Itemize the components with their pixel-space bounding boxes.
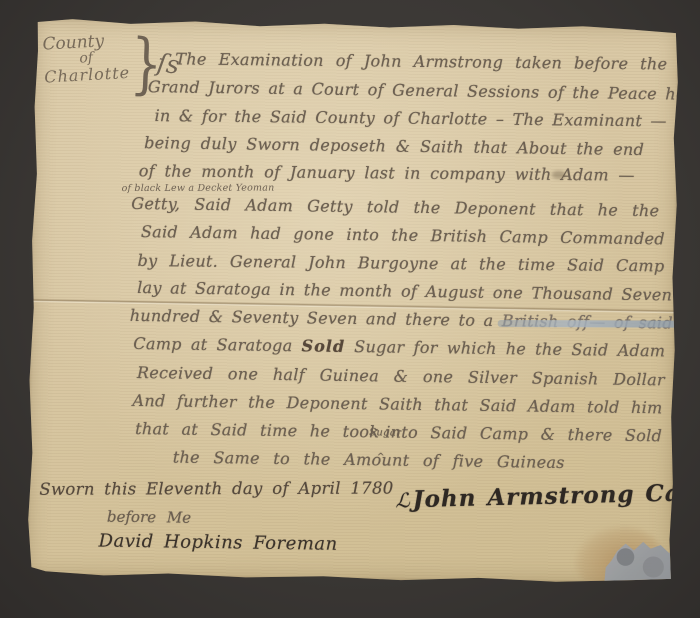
signature-name: John Armstrong Cap — [412, 479, 698, 513]
line-12-text-end: Sugar for which he the Said Adam — [354, 337, 665, 360]
body-line-13: Received one half Guinea & one Silver Sp… — [137, 363, 665, 390]
body-line-7: Getty, Said Adam Getty told the Deponent… — [131, 194, 659, 221]
line-15-text: that at Said time he took — [135, 419, 379, 441]
body-line-3: in & for the Said County of Charlotte – … — [154, 106, 624, 131]
signature-flourish: ℒ — [395, 488, 411, 512]
body-line-4: being duly Sworn deposeth & Saith that A… — [144, 133, 644, 160]
body-line-1: The Examination of John Armstrong taken … — [175, 49, 667, 74]
photograph-background: County of Charlotte } ſs The Examination… — [0, 0, 700, 618]
body-line-8: Said Adam had gone into the British Camp… — [141, 222, 665, 249]
ink-smudge — [552, 171, 566, 179]
interlined-sugar-word: Sugar — [369, 423, 401, 443]
body-line-12: Camp at Saratoga Sold Sugar for which he… — [133, 334, 665, 361]
line-12-text: Camp at Saratoga — [133, 334, 292, 355]
body-line-16: the Same to the Amount of five Guineas — [173, 448, 565, 473]
bold-sold-word: Sold — [302, 336, 346, 356]
john-armstrong-signature: ℒJohn Armstrong Capt — [395, 479, 700, 514]
body-line-9: by Lieut. General John Burgoyne at the t… — [137, 251, 664, 277]
foreman-signature: David Hopkins Foreman — [98, 530, 337, 554]
body-line-15: that at Said time he tookSugar^into Said… — [135, 419, 662, 446]
line-15-text-end: into Said Camp & there Sold — [385, 422, 662, 445]
body-line-2: Grand Jurors at a Court of General Sessi… — [148, 77, 667, 104]
interlined-insertion: of black Lew a Decket Yeoman — [122, 183, 275, 195]
county-of-charlotte-block: County of Charlotte — [42, 30, 131, 87]
body-line-14: And further the Deponent Saith that Said… — [132, 391, 662, 418]
manuscript-paper: County of Charlotte } ſs The Examination… — [26, 18, 680, 585]
sworn-date-line: Sworn this Eleventh day of April 1780 — [39, 478, 393, 498]
before-me-line: before Me — [107, 508, 191, 527]
struck-out-text: British off— of said — [502, 311, 673, 332]
charlotte-word: Charlotte — [44, 63, 131, 87]
